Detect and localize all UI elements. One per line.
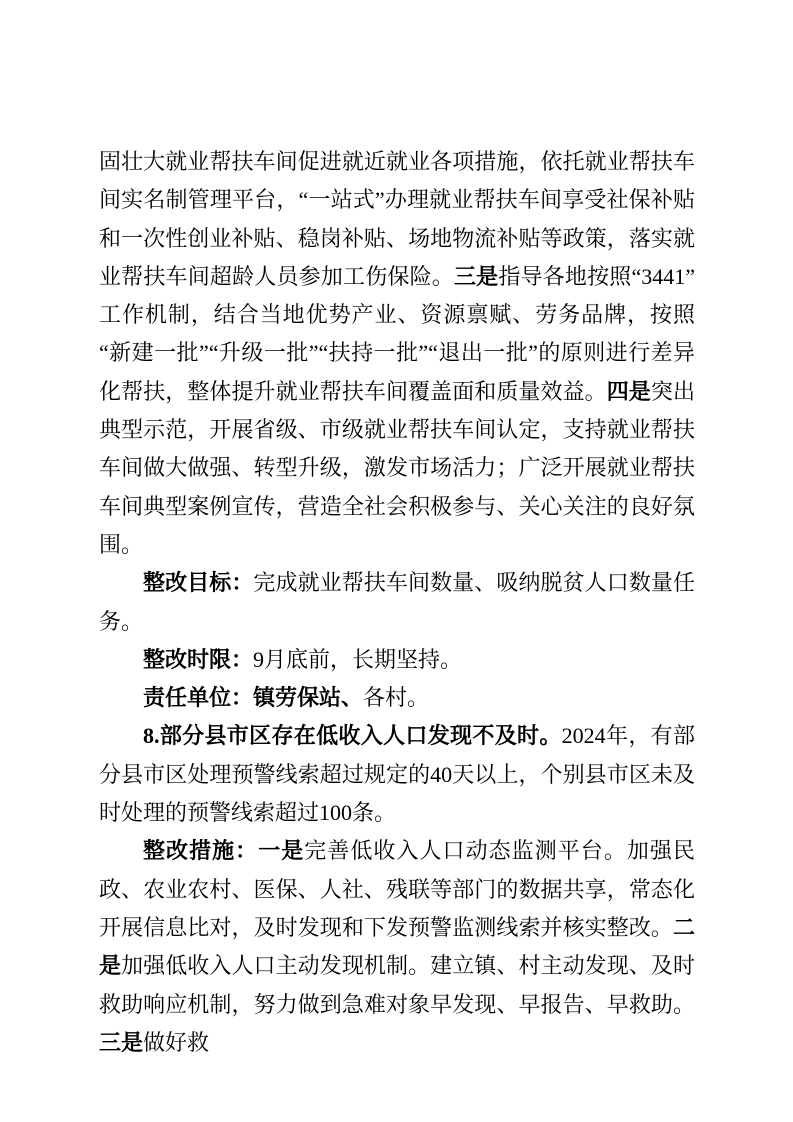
text-run-bold: 8.部分县市区存在低收入人口发现不及时。 <box>143 723 562 748</box>
text-run-bold: 整改目标： <box>143 570 253 595</box>
text-run: 突出典型示范，开展省级、市级就业帮扶车间认定，支持就业帮扶车间做大做强、转型升级… <box>99 379 695 557</box>
paragraph-rectification-deadline: 整改时限：9月底前，长期坚持。 <box>99 641 695 679</box>
paragraph-rectification-goal: 整改目标：完成就业帮扶车间数量、吸纳脱贫人口数量任务。 <box>99 564 695 641</box>
text-run: 9月底前，长期坚持。 <box>253 647 462 672</box>
text-run-bold: 四是 <box>607 379 651 404</box>
text-run-bold: 整改措施：一是 <box>143 838 304 863</box>
paragraph-issue-8: 8.部分县市区存在低收入人口发现不及时。2024年，有部分县市区处理预警线索超过… <box>99 717 695 832</box>
text-run: 各村。 <box>363 685 429 710</box>
document-page: 固壮大就业帮扶车间促进就近就业各项措施，依托就业帮扶车间实名制管理平台，“一站式… <box>0 0 793 1122</box>
text-run: 做好救 <box>143 1030 209 1055</box>
text-run-bold: 责任单位：镇劳保站、 <box>143 685 363 710</box>
paragraph-continuation: 固壮大就业帮扶车间促进就近就业各项措施，依托就业帮扶车间实名制管理平台，“一站式… <box>99 143 695 564</box>
text-run-bold: 整改时限： <box>143 647 253 672</box>
paragraph-rectification-measures: 整改措施：一是完善低收入人口动态监测平台。加强民政、农业农村、医保、人社、残联等… <box>99 832 695 1062</box>
paragraph-responsible-unit: 责任单位：镇劳保站、各村。 <box>99 679 695 717</box>
document-body: 固壮大就业帮扶车间促进就近就业各项措施，依托就业帮扶车间实名制管理平台，“一站式… <box>99 143 695 1062</box>
text-run: 加强低收入人口主动发现机制。建立镇、村主动发现、及时救助响应机制，努力做到急难对… <box>99 953 695 1016</box>
text-run-bold: 三是 <box>99 1030 143 1055</box>
text-run-bold: 三是 <box>454 264 498 289</box>
